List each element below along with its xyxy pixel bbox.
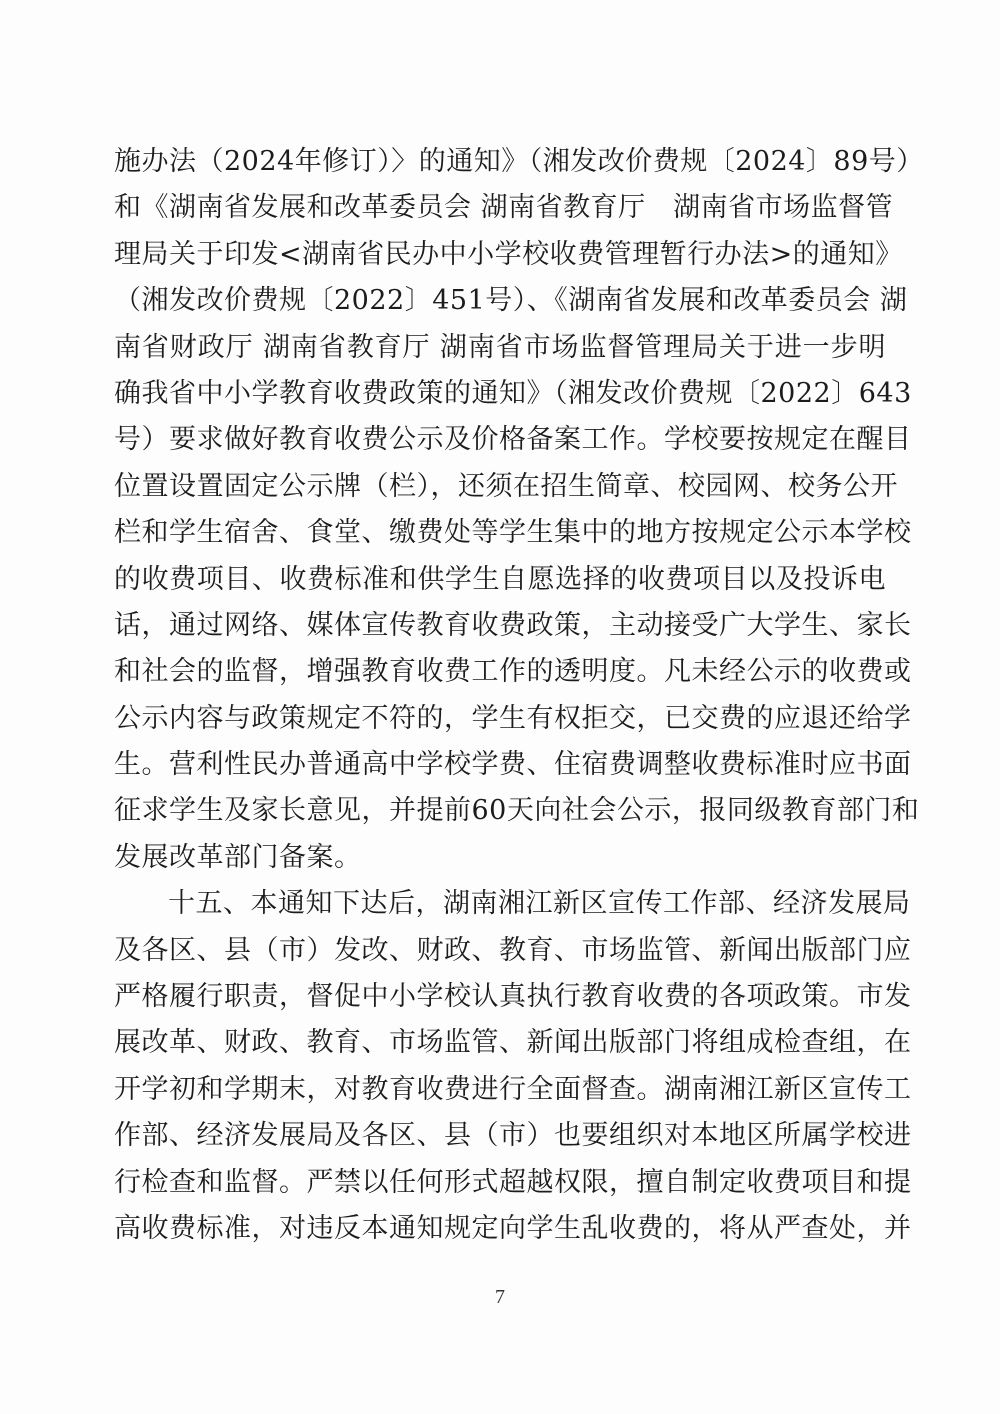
- text-line: 栏和学生宿舍、食堂、缴费处等学生集中的地方按规定公示本学校: [114, 510, 886, 556]
- text-line: 发展改革部门备案。: [114, 835, 886, 881]
- document-body: 施办法（2024年修订）〉的通知》（湘发改价费规〔2024〕89号） 和《湖南省…: [114, 139, 886, 1252]
- text-line: 征求学生及家长意见，并提前60天向社会公示，报同级教育部门和: [114, 788, 886, 834]
- text-line: 号）要求做好教育收费公示及价格备案工作。学校要按规定在醒目: [114, 417, 886, 463]
- text-line: 确我省中小学教育收费政策的通知》（湘发改价费规〔2022〕643: [114, 371, 886, 417]
- text-line: 生。营利性民办普通高中学校学费、住宿费调整收费标准时应书面: [114, 742, 886, 788]
- text-line: 严格履行职责，督促中小学校认真执行教育收费的各项政策。市发: [114, 974, 886, 1020]
- text-line: 十五、本通知下达后，湖南湘江新区宣传工作部、经济发展局: [114, 881, 886, 927]
- paragraph-item-15: 十五、本通知下达后，湖南湘江新区宣传工作部、经济发展局 及各区、县（市）发改、财…: [114, 881, 886, 1252]
- page-number: 7: [0, 1286, 1000, 1309]
- text-line: 理局关于印发<湖南省民办中小学校收费管理暂行办法>的通知》: [114, 232, 886, 278]
- paragraph-continuation: 施办法（2024年修订）〉的通知》（湘发改价费规〔2024〕89号） 和《湖南省…: [114, 139, 886, 881]
- text-line: 位置设置固定公示牌（栏），还须在招生简章、校园网、校务公开: [114, 464, 886, 510]
- document-page: 施办法（2024年修订）〉的通知》（湘发改价费规〔2024〕89号） 和《湖南省…: [0, 0, 1000, 1414]
- text-line: 及各区、县（市）发改、财政、教育、市场监管、新闻出版部门应: [114, 928, 886, 974]
- text-line: 南省财政厅 湖南省教育厅 湖南省市场监督管理局关于进一步明: [114, 325, 886, 371]
- text-line: 开学初和学期末，对教育收费进行全面督查。湖南湘江新区宣传工: [114, 1067, 886, 1113]
- text-line: 的收费项目、收费标准和供学生自愿选择的收费项目以及投诉电: [114, 557, 886, 603]
- text-line: 高收费标准，对违反本通知规定向学生乱收费的，将从严查处，并: [114, 1206, 886, 1252]
- text-line: 公示内容与政策规定不符的，学生有权拒交，已交费的应退还给学: [114, 696, 886, 742]
- text-line: 和社会的监督，增强教育收费工作的透明度。凡未经公示的收费或: [114, 649, 886, 695]
- text-line: 作部、经济发展局及各区、县（市）也要组织对本地区所属学校进: [114, 1113, 886, 1159]
- text-line: 和《湖南省发展和改革委员会 湖南省教育厅 湖南省市场监督管: [114, 185, 886, 231]
- text-line: 行检查和监督。严禁以任何形式超越权限，擅自制定收费项目和提: [114, 1160, 886, 1206]
- text-line: 话，通过网络、媒体宣传教育收费政策，主动接受广大学生、家长: [114, 603, 886, 649]
- text-line: 施办法（2024年修订）〉的通知》（湘发改价费规〔2024〕89号）: [114, 139, 886, 185]
- text-line: （湘发改价费规〔2022〕451号）、《湖南省发展和改革委员会 湖: [114, 278, 886, 324]
- text-line: 展改革、财政、教育、市场监管、新闻出版部门将组成检查组，在: [114, 1020, 886, 1066]
